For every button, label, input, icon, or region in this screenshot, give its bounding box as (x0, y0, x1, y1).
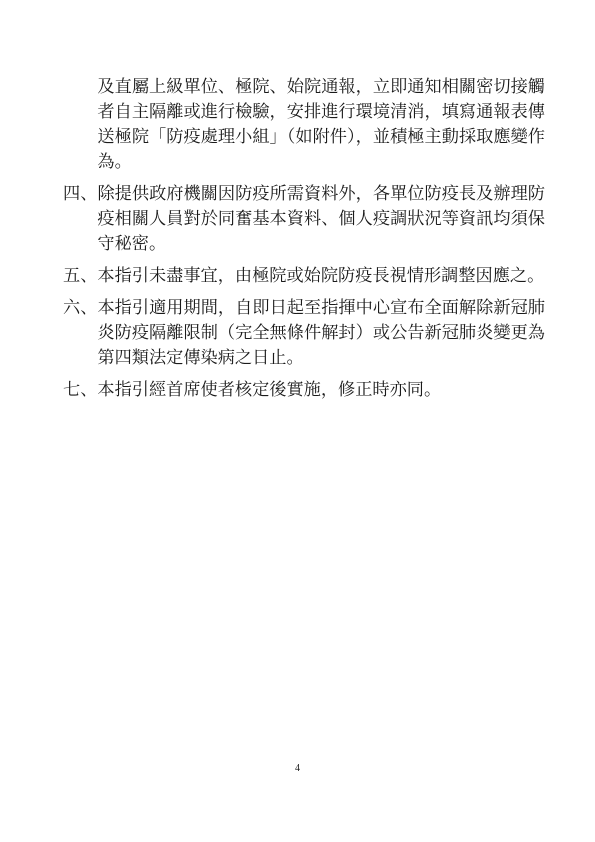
paragraph-text: 除提供政府機關因防疫所需資料外，各單位防疫長及辦理防疫相關人員對於同奮基本資料、… (97, 184, 545, 253)
paragraph-text: 及直屬上級單位、極院、始院通報，立即通知相關密切接觸者自主隔離或進行檢驗，安排進… (97, 77, 545, 171)
list-item-4: 四、除提供政府機關因防疫所需資料外，各單位防疫長及辦理防疫相關人員對於同奮基本資… (63, 181, 545, 256)
paragraph-text: 本指引經首席使者核定後實施，修正時亦同。 (97, 380, 441, 399)
list-item-marker: 六、 (63, 298, 97, 317)
page-number: 4 (0, 762, 595, 775)
list-item-7: 七、本指引經首席使者核定後實施，修正時亦同。 (63, 377, 545, 402)
paragraph-continuation: 及直屬上級單位、極院、始院通報，立即通知相關密切接觸者自主隔離或進行檢驗，安排進… (97, 74, 545, 174)
list-item-marker: 四、 (63, 184, 97, 203)
paragraph-text: 本指引適用期間，自即日起至指揮中心宣布全面解除新冠肺炎防疫隔離限制（完全無條件解… (97, 298, 545, 367)
list-item-6: 六、本指引適用期間，自即日起至指揮中心宣布全面解除新冠肺炎防疫隔離限制（完全無條… (63, 295, 545, 370)
list-item-5: 五、本指引未盡事宜，由極院或始院防疫長視情形調整因應之。 (63, 263, 545, 288)
paragraph-text: 本指引未盡事宜，由極院或始院防疫長視情形調整因應之。 (97, 266, 544, 285)
list-item-marker: 七、 (63, 380, 97, 399)
document-page: 及直屬上級單位、極院、始院通報，立即通知相關密切接觸者自主隔離或進行檢驗，安排進… (0, 0, 595, 842)
list-item-marker: 五、 (63, 266, 97, 285)
document-content: 及直屬上級單位、極院、始院通報，立即通知相關密切接觸者自主隔離或進行檢驗，安排進… (63, 74, 545, 409)
